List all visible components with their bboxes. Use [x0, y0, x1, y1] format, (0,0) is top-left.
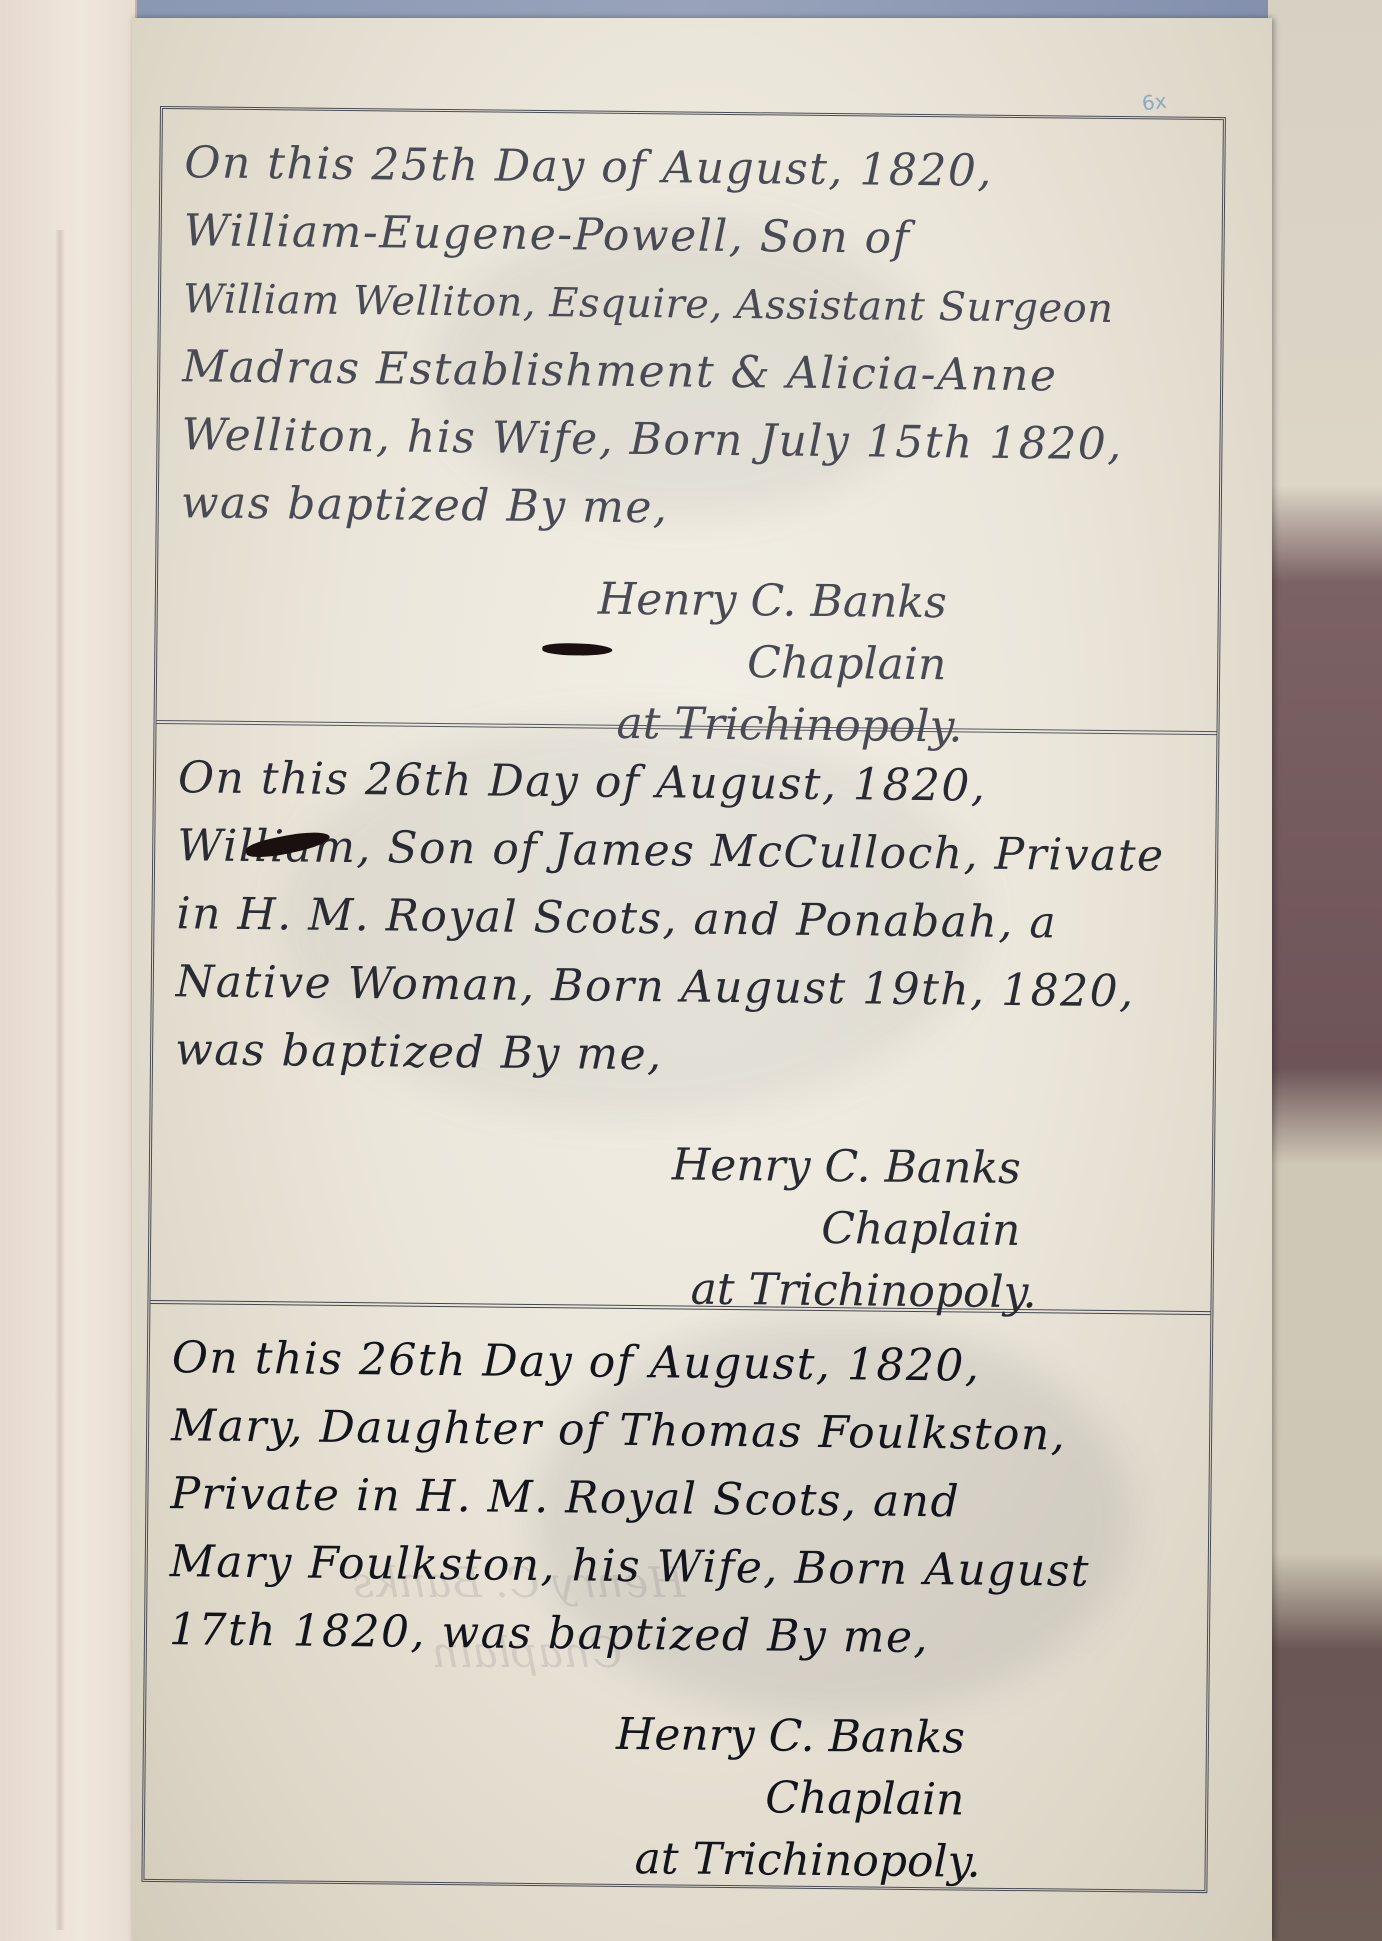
entry-line: Madras Establishment & Alicia-Anne: [182, 333, 1191, 412]
signature-title: Chaplain: [615, 1766, 982, 1832]
baptism-entry-3: On this 26th Day of August, 1820, Mary, …: [144, 1304, 1210, 1890]
chaplain-signature: Henry C. Banks Chaplain at Trichinopoly.: [614, 1704, 982, 1894]
entry-line: William-Eugene-Powell, Son of: [183, 197, 1192, 276]
entry-line: was baptized By me,: [175, 1016, 1184, 1095]
register-page: Henry C. Banks Chaplain 6x On this 25th …: [132, 18, 1272, 1941]
baptism-entry-1: On this 25th Day of August, 1820, Willia…: [157, 109, 1223, 735]
chaplain-signature: Henry C. Banks Chaplain at Trichinopoly.: [670, 1134, 1038, 1324]
page-fold: [55, 230, 65, 1930]
entry-line: Native Woman, Born August 19th, 1820,: [175, 948, 1184, 1027]
register-frame: On this 25th Day of August, 1820, Willia…: [141, 106, 1226, 1893]
entry-line: On this 26th Day of August, 1820,: [172, 1324, 1181, 1403]
entry-line: Mary, Daughter of Thomas Foulkston,: [171, 1392, 1180, 1471]
entry-line: 17th 1820, was baptized By me,: [169, 1596, 1178, 1675]
signature-title: Chaplain: [671, 1196, 1038, 1262]
torn-paper-scraps: [1268, 0, 1382, 1941]
entry-line: Private in H. M. Royal Scots, and: [170, 1460, 1179, 1539]
entry-line: William Welliton, Esquire, Assistant Sur…: [183, 265, 1192, 344]
ink-blot: [542, 643, 612, 656]
baptism-entry-2: On this 26th Day of August, 1820, Willia…: [150, 724, 1216, 1315]
entry-line: On this 25th Day of August, 1820,: [184, 129, 1193, 208]
entry-line: Mary Foulkston, his Wife, Born August: [169, 1528, 1178, 1607]
signature-name: Henry C. Banks: [598, 569, 965, 635]
signature-place: at Trichinopoly.: [614, 1828, 981, 1894]
entry-line: in H. M. Royal Scots, and Ponabah, a: [176, 880, 1185, 959]
entry-line: William, Son of James McCulloch, Private: [177, 812, 1186, 891]
adjacent-page-edge: [0, 0, 137, 1941]
entry-line: was baptized By me,: [180, 469, 1189, 548]
signature-title: Chaplain: [597, 631, 964, 697]
signature-name: Henry C. Banks: [672, 1134, 1039, 1200]
signature-name: Henry C. Banks: [616, 1704, 983, 1770]
entry-line: On this 26th Day of August, 1820,: [178, 744, 1187, 823]
entry-line: Welliton, his Wife, Born July 15th 1820,: [181, 401, 1190, 480]
page-number: 6x: [1141, 89, 1168, 115]
